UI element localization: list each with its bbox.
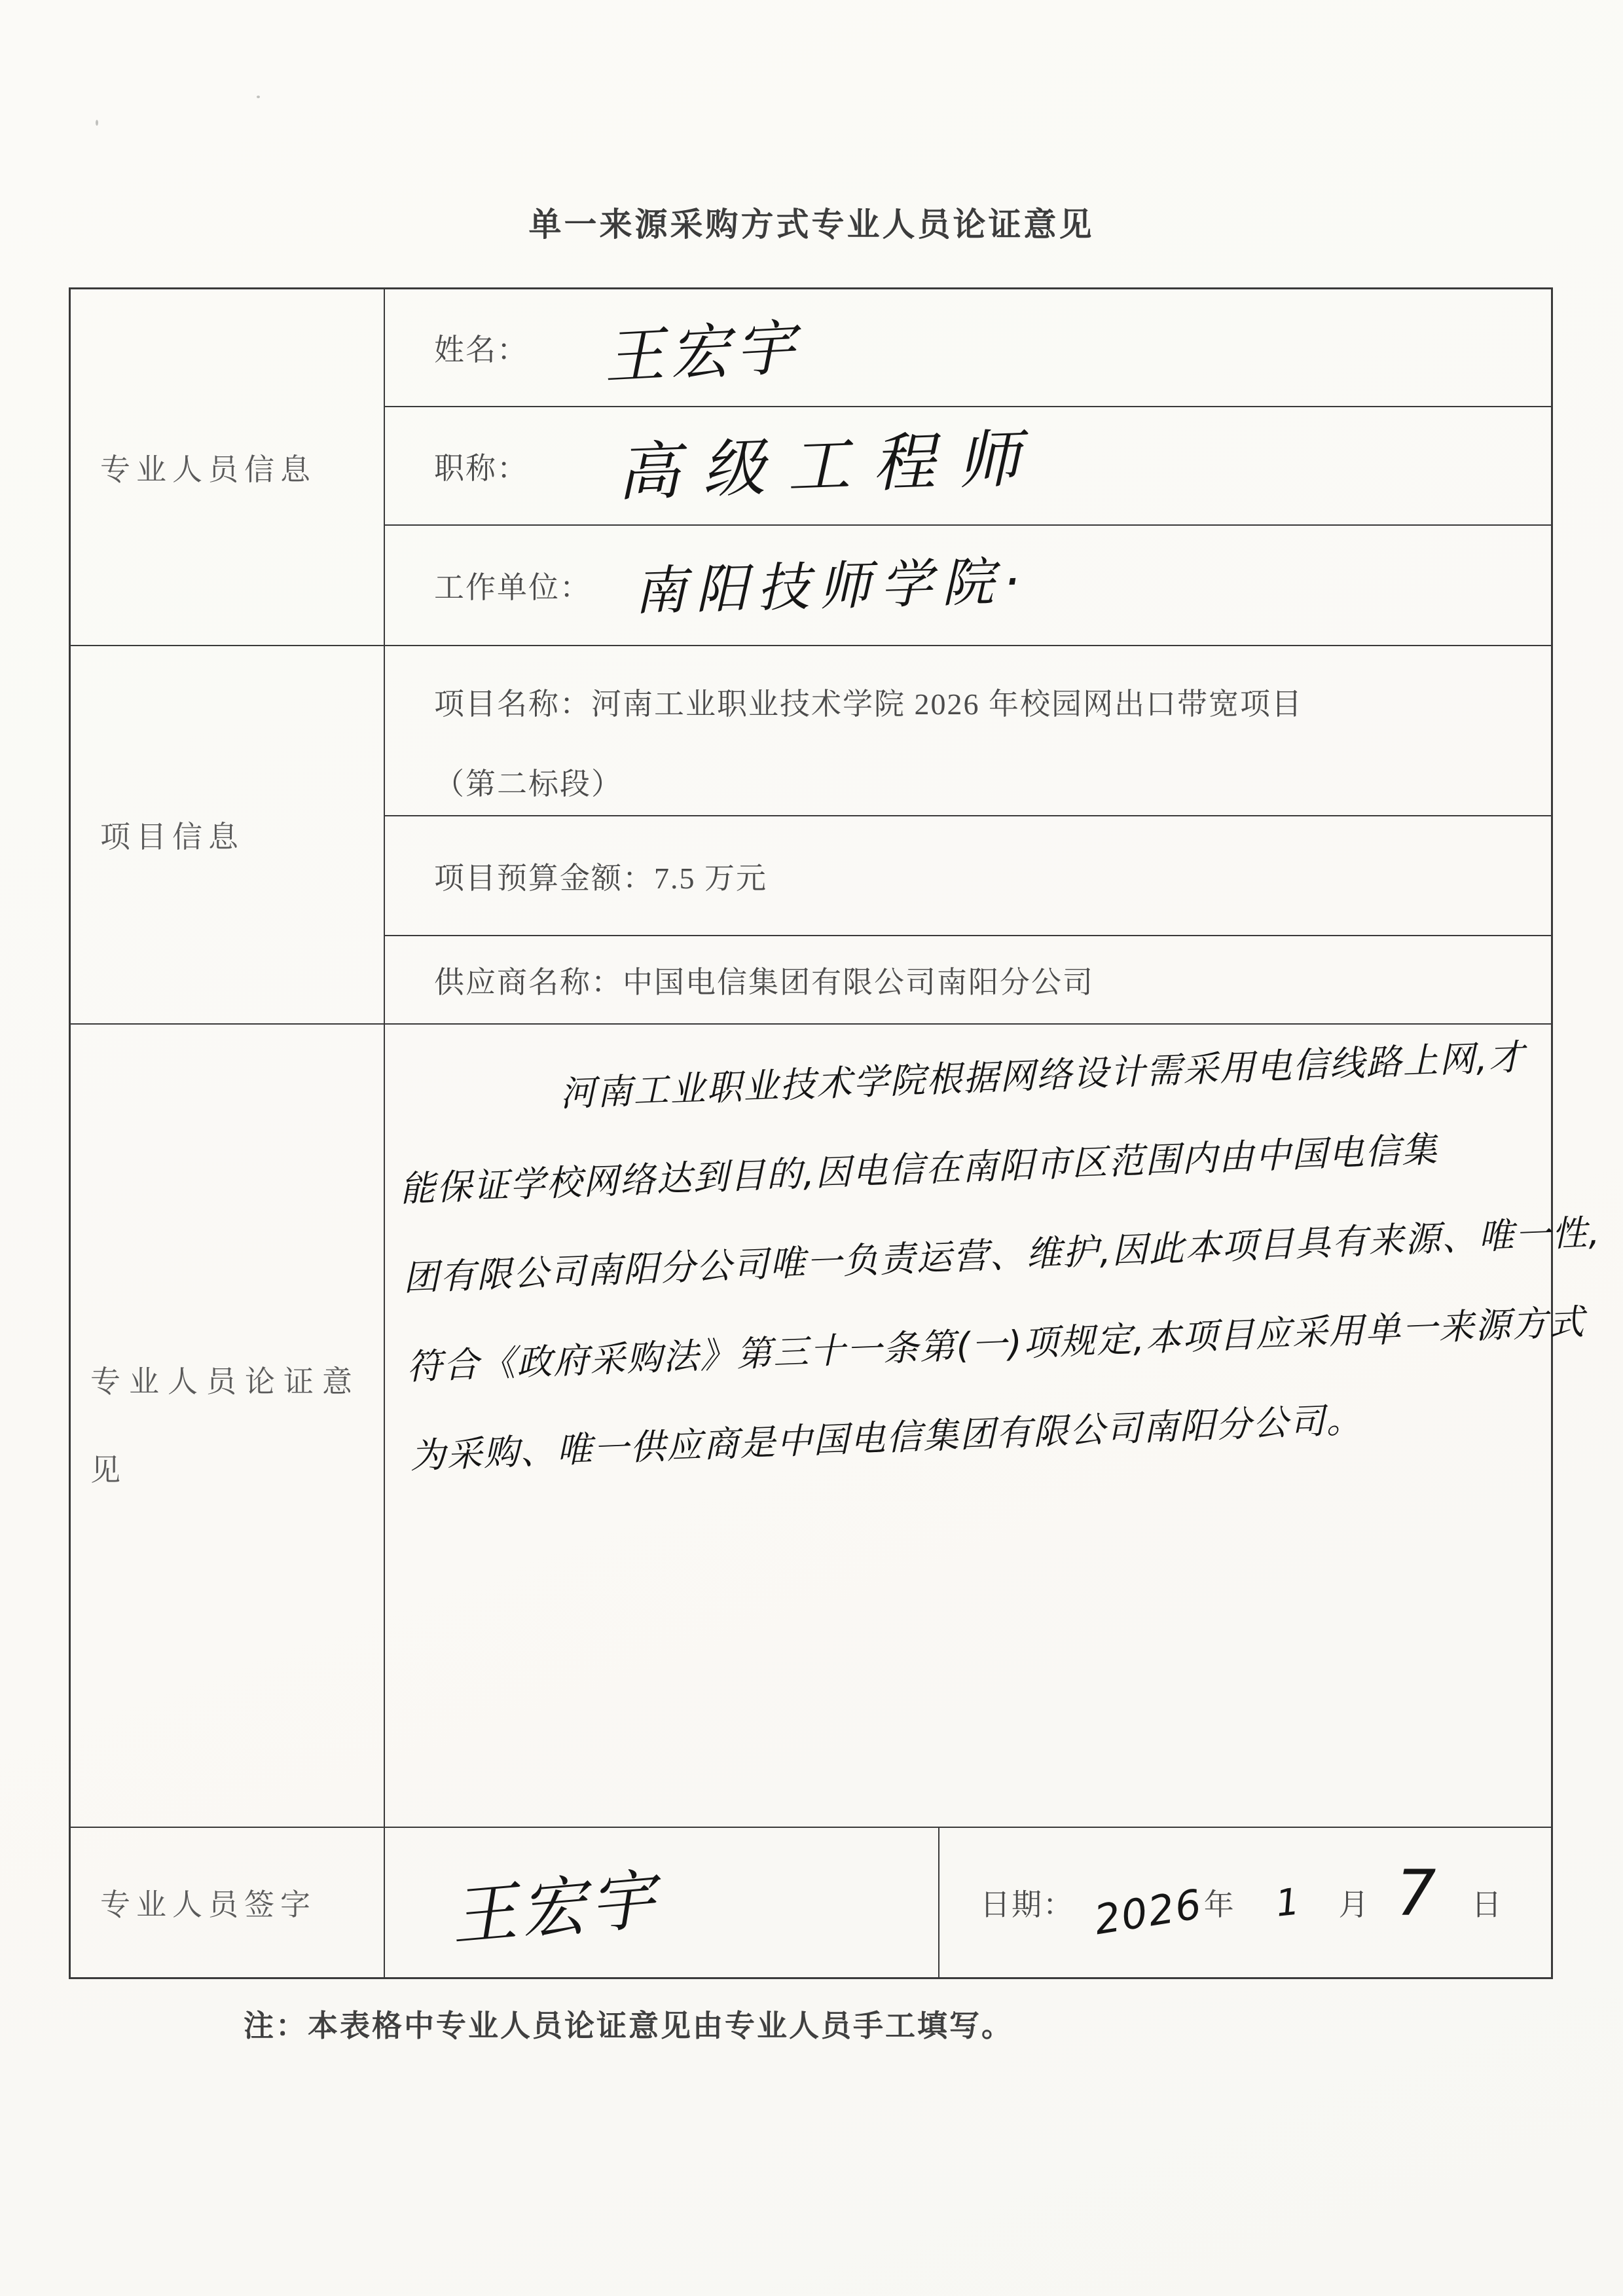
signature-section: 专业人员签字 王宏宇 日期： 2026 年 1 月 7 日 xyxy=(71,1827,1551,1977)
signature-handwritten-value: 王宏宇 xyxy=(447,1846,662,1958)
project-budget-value: 7.5 万元 xyxy=(654,854,767,898)
project-name-value-line1: 河南工业职业技术学院 2026 年校园网出口带宽项目 xyxy=(591,687,1303,721)
jobtitle-handwritten-value: 高级工程师 xyxy=(615,409,1044,513)
opinion-handwritten-text: 河南工业职业技术学院根据网络设计需采用电信线路上网,才 能保证学校网络达到目的,… xyxy=(395,1010,1609,1501)
name-handwritten-value: 王宏宇 xyxy=(602,299,803,396)
argumentation-form-table: 专业人员信息 姓名： 王宏宇 职称： 高级工程师 工作单位： 南阳技师学院· 项… xyxy=(69,287,1553,1979)
signature-cell: 王宏宇 xyxy=(385,1828,938,1977)
personnel-section-label: 专业人员信息 xyxy=(71,289,385,645)
date-year-suffix: 年 xyxy=(1204,1881,1235,1924)
document-title: 单一来源采购方式专业人员论证意见 xyxy=(0,198,1623,246)
opinion-section-label-line2: 见 xyxy=(90,1426,384,1514)
project-budget-row: 项目预算金额： 7.5 万元 xyxy=(385,815,1551,935)
project-name-line1: 项目名称：河南工业职业技术学院 2026 年校园网出口带宽项目 xyxy=(434,665,1551,744)
scanned-document-page: 单一来源采购方式专业人员论证意见 专业人员信息 姓名： 王宏宇 职称： 高级工程… xyxy=(0,0,1623,2296)
opinion-section-label-line1: 专业人员论证意 xyxy=(90,1338,384,1426)
opinion-section-label: 专业人员论证意 见 xyxy=(71,1025,385,1827)
opinion-section: 专业人员论证意 见 河南工业职业技术学院根据网络设计需采用电信线路上网,才 能保… xyxy=(71,1023,1551,1827)
date-month-handwritten: 1 xyxy=(1274,1880,1303,1925)
jobtitle-row: 职称： 高级工程师 xyxy=(385,406,1551,524)
scan-speck xyxy=(257,96,260,98)
jobtitle-label: 职称： xyxy=(434,445,528,488)
supplier-label: 供应商名称： xyxy=(434,958,623,1002)
personnel-info-section: 专业人员信息 姓名： 王宏宇 职称： 高级工程师 工作单位： 南阳技师学院· xyxy=(71,289,1551,645)
signature-section-label: 专业人员签字 xyxy=(71,1828,385,1977)
supplier-row: 供应商名称： 中国电信集团有限公司南阳分公司 xyxy=(385,935,1551,1023)
date-day-suffix: 日 xyxy=(1472,1881,1503,1924)
workunit-row: 工作单位： 南阳技师学院· xyxy=(385,524,1551,645)
date-month-suffix: 月 xyxy=(1338,1881,1370,1924)
workunit-handwritten-value: 南阳技师学院· xyxy=(633,539,1030,625)
name-row: 姓名： 王宏宇 xyxy=(385,289,1551,406)
date-day-handwritten: 7 xyxy=(1396,1857,1437,1930)
opinion-handwritten-cell: 河南工业职业技术学院根据网络设计需采用电信线路上网,才 能保证学校网络达到目的,… xyxy=(385,1025,1599,1827)
project-name-value-line2: （第二标段） xyxy=(434,744,1551,824)
project-name-row: 项目名称：河南工业职业技术学院 2026 年校园网出口带宽项目 （第二标段） xyxy=(385,646,1551,815)
supplier-value: 中国电信集团有限公司南阳分公司 xyxy=(623,958,1094,1002)
date-year-handwritten: 2026 xyxy=(1091,1880,1206,1944)
date-label: 日期： xyxy=(980,1881,1074,1924)
scan-speck xyxy=(96,120,98,126)
project-info-section: 项目信息 项目名称：河南工业职业技术学院 2026 年校园网出口带宽项目 （第二… xyxy=(71,645,1551,1023)
date-cell: 日期： 2026 年 1 月 7 日 xyxy=(938,1828,1551,1977)
name-label: 姓名： xyxy=(434,326,528,369)
project-name-label: 项目名称： xyxy=(434,687,591,721)
workunit-label: 工作单位： xyxy=(434,564,591,607)
project-budget-label: 项目预算金额： xyxy=(434,854,654,898)
project-section-label: 项目信息 xyxy=(71,646,385,1023)
footnote: 注：本表格中专业人员论证意见由专业人员手工填写。 xyxy=(244,2002,1013,2045)
